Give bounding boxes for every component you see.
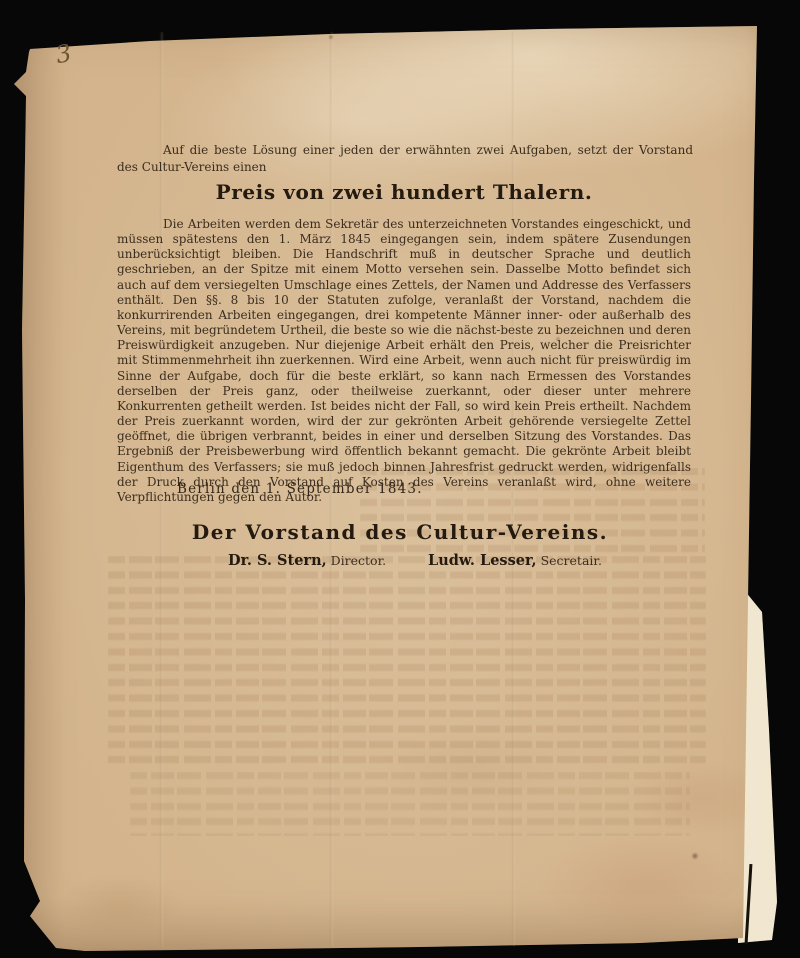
- committee-line: Der Vorstand des Cultur-Vereins.: [113, 519, 687, 545]
- signature-director-name: Dr. S. Stern,: [228, 552, 327, 569]
- signature-director-title: Director.: [331, 553, 387, 568]
- body-paragraph: Die Arbeiten werden dem Sekretär des unt…: [117, 217, 691, 505]
- signature-secretary: Ludw. Lesser, Secretair.: [428, 553, 602, 569]
- prize-headline: Preis von zwei hundert Thalern.: [117, 180, 691, 204]
- signature-director: Dr. S. Stern, Director.: [228, 553, 386, 569]
- intro-paragraph: Auf die beste Lösung einer jeden der erw…: [117, 142, 693, 176]
- dateline: Berlin den 1. September 1843.: [177, 481, 423, 497]
- photo-background: 3 Auf die beste Lösung einer jeden der e…: [0, 0, 800, 958]
- bleedthrough-text-lower: [130, 772, 690, 836]
- signature-secretary-title: Secretair.: [541, 553, 602, 568]
- signature-secretary-name: Ludw. Lesser,: [428, 552, 537, 569]
- bleedthrough-text-main: [108, 556, 706, 770]
